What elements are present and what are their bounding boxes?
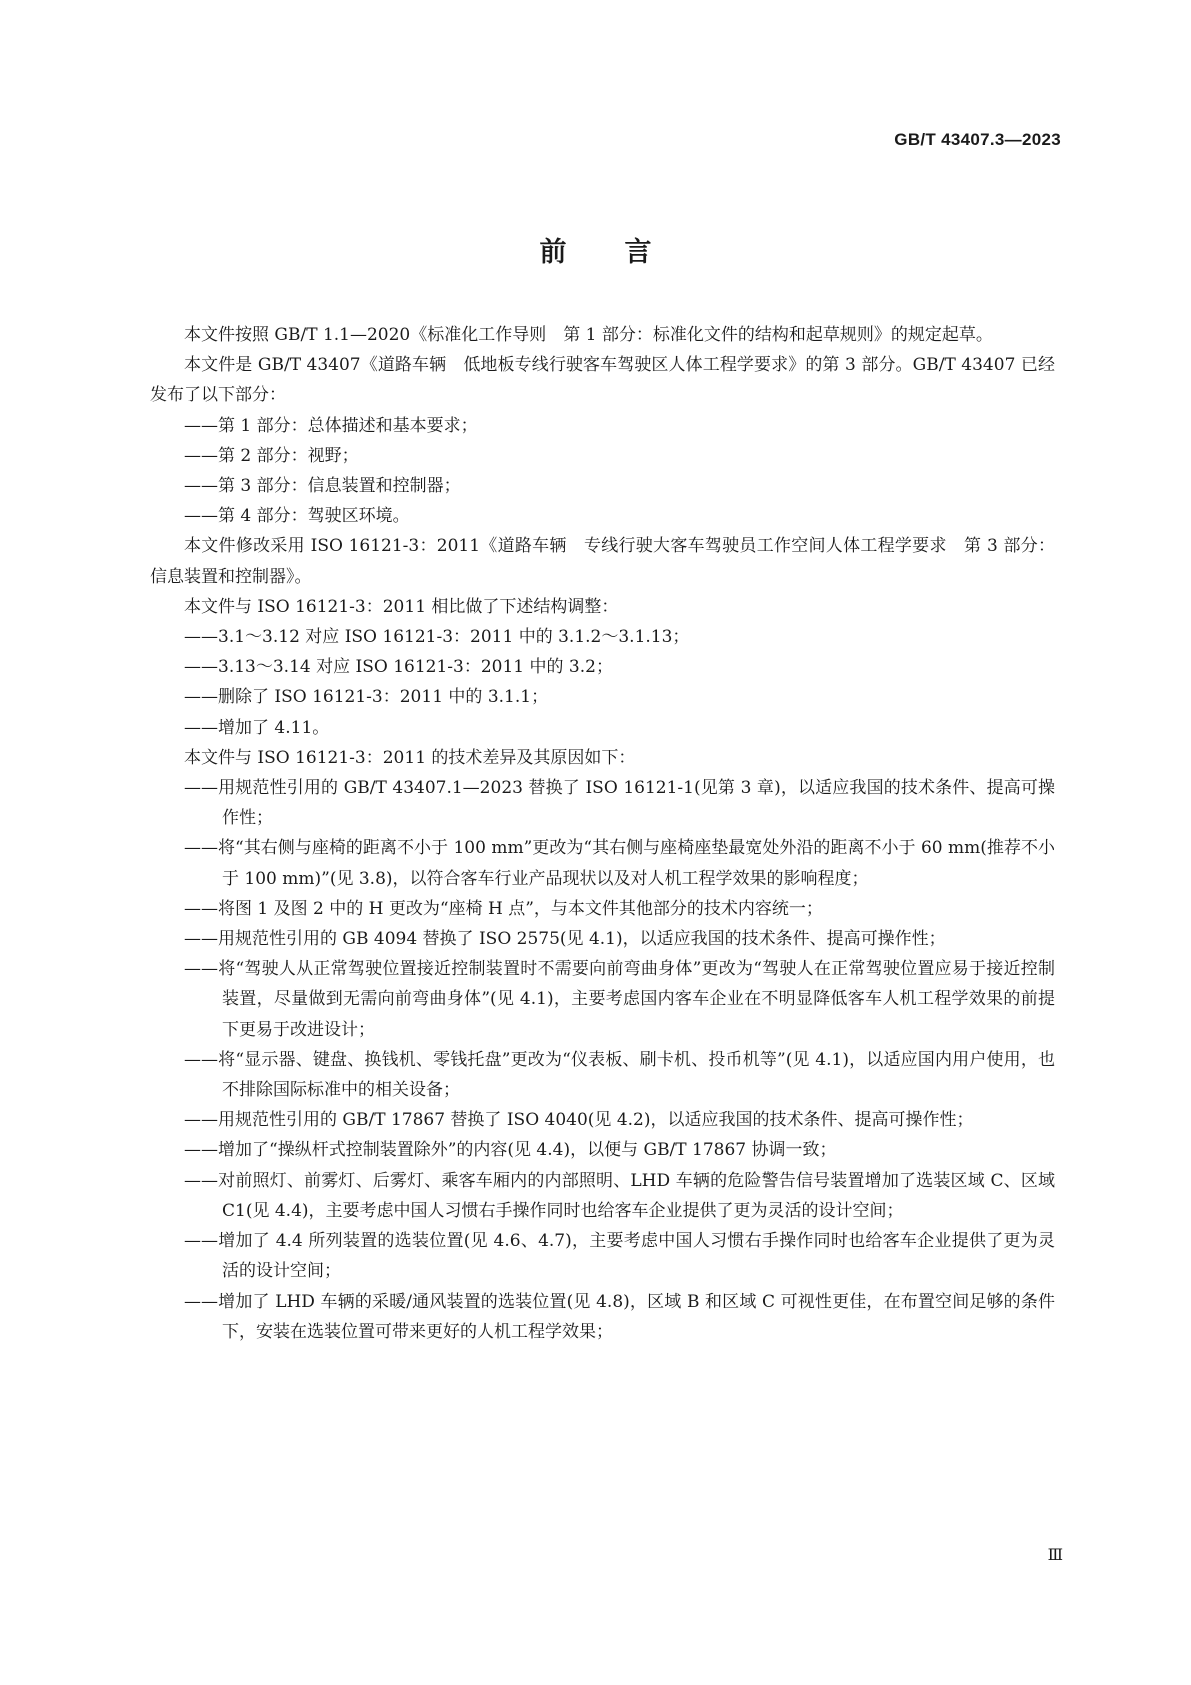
- technical-differences-list: ——用规范性引用的 GB/T 43407.1—2023 替换了 ISO 1612…: [150, 773, 1055, 1347]
- structural-changes-list: ——3.1～3.12 对应 ISO 16121-3：2011 中的 3.1.2～…: [150, 622, 1055, 743]
- page-title: 前言: [0, 230, 1191, 269]
- list-item: ——增加了 4.4 所列装置的选装位置(见 4.6、4.7)，主要考虑中国人习惯…: [184, 1226, 1055, 1286]
- list-item: ——将“其右侧与座椅的距离不小于 100 mm”更改为“其右侧与座椅座垫最宽处外…: [184, 833, 1055, 893]
- list-item: ——将“驾驶人从正常驾驶位置接近控制装置时不需要向前弯曲身体”更改为“驾驶人在正…: [184, 954, 1055, 1045]
- title-char-1: 前: [540, 230, 567, 269]
- list-item: ——将图 1 及图 2 中的 H 更改为“座椅 H 点”，与本文件其他部分的技术…: [184, 894, 1055, 924]
- list-item: ——增加了 4.11。: [184, 713, 1055, 743]
- published-parts-list: ——第 1 部分：总体描述和基本要求； ——第 2 部分：视野； ——第 3 部…: [150, 411, 1055, 532]
- list-item: ——增加了“操纵杆式控制装置除外”的内容(见 4.4)，以便与 GB/T 178…: [184, 1135, 1055, 1165]
- paragraph-technical-intro: 本文件与 ISO 16121-3：2011 的技术差异及其原因如下：: [150, 743, 1055, 773]
- list-item: ——对前照灯、前雾灯、后雾灯、乘客车厢内的内部照明、LHD 车辆的危险警告信号装…: [184, 1166, 1055, 1226]
- list-item: ——第 4 部分：驾驶区环境。: [184, 501, 1055, 531]
- list-item: ——第 1 部分：总体描述和基本要求；: [184, 411, 1055, 441]
- list-item: ——增加了 LHD 车辆的采暖/通风装置的选装位置(见 4.8)，区域 B 和区…: [184, 1287, 1055, 1347]
- list-item: ——第 3 部分：信息装置和控制器；: [184, 471, 1055, 501]
- list-item: ——用规范性引用的 GB/T 43407.1—2023 替换了 ISO 1612…: [184, 773, 1055, 833]
- list-item: ——用规范性引用的 GB 4094 替换了 ISO 2575(见 4.1)，以适…: [184, 924, 1055, 954]
- list-item: ——用规范性引用的 GB/T 17867 替换了 ISO 4040(见 4.2)…: [184, 1105, 1055, 1135]
- paragraph-drafting-rules: 本文件按照 GB/T 1.1—2020《标准化工作导则 第 1 部分：标准化文件…: [150, 320, 1055, 350]
- list-item: ——3.1～3.12 对应 ISO 16121-3：2011 中的 3.1.2～…: [184, 622, 1055, 652]
- list-item: ——删除了 ISO 16121-3：2011 中的 3.1.1；: [184, 682, 1055, 712]
- paragraph-structural-intro: 本文件与 ISO 16121-3：2011 相比做了下述结构调整：: [150, 592, 1055, 622]
- paragraph-series-intro: 本文件是 GB/T 43407《道路车辆 低地板专线行驶客车驾驶区人体工程学要求…: [150, 350, 1055, 410]
- page-number: Ⅲ: [1048, 1545, 1063, 1564]
- list-item: ——3.13～3.14 对应 ISO 16121-3：2011 中的 3.2；: [184, 652, 1055, 682]
- paragraph-adoption: 本文件修改采用 ISO 16121-3：2011《道路车辆 专线行驶大客车驾驶员…: [150, 531, 1055, 591]
- standard-code: GB/T 43407.3—2023: [894, 130, 1061, 150]
- list-item: ——第 2 部分：视野；: [184, 441, 1055, 471]
- list-item: ——将“显示器、键盘、换钱机、零钱托盘”更改为“仪表板、刷卡机、投币机等”(见 …: [184, 1045, 1055, 1105]
- foreword-body: 本文件按照 GB/T 1.1—2020《标准化工作导则 第 1 部分：标准化文件…: [150, 320, 1055, 1347]
- title-char-2: 言: [625, 230, 652, 269]
